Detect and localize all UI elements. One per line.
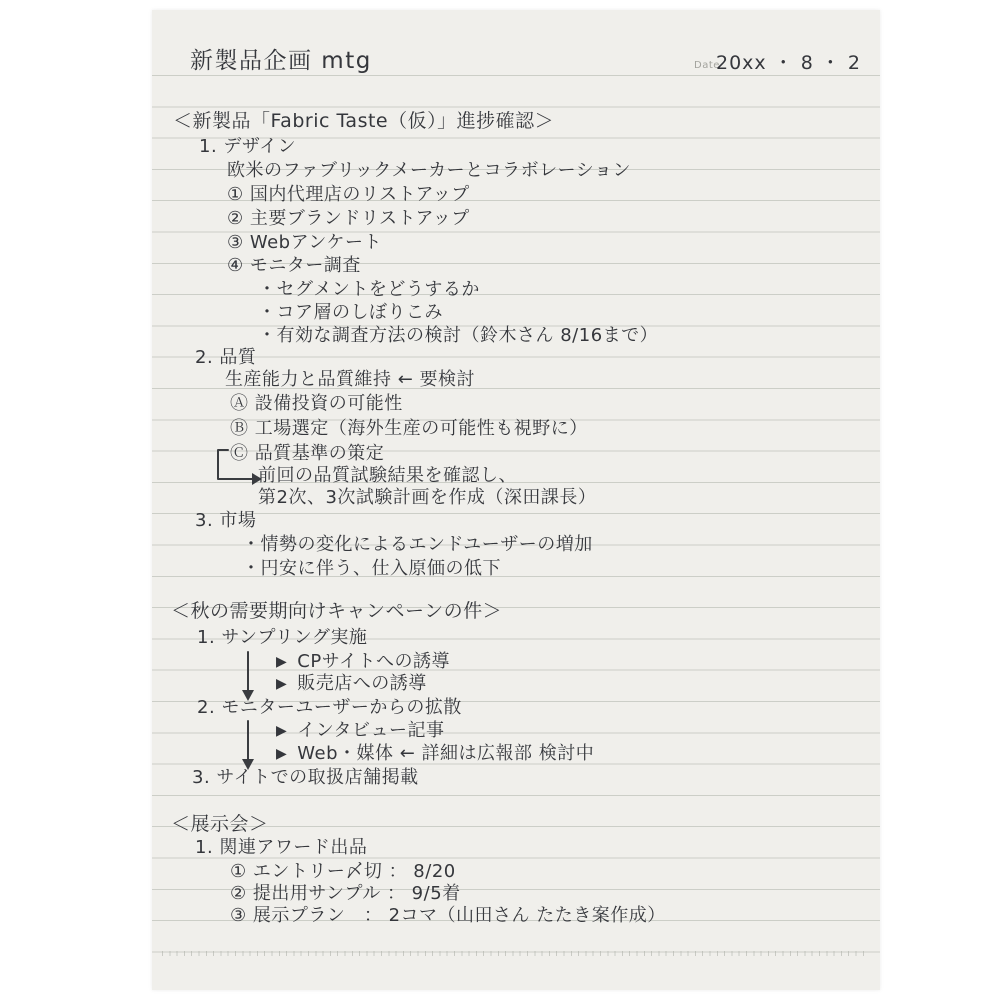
section-heading: ＜新製品「Fabric Taste（仮）」進捗確認＞ (173, 110, 554, 132)
branch-arrow-icon (212, 446, 258, 486)
triangle-bullet-icon: ▶ (276, 654, 287, 670)
note-line: 欧米のファブリックメーカーとコラボレーション (227, 160, 631, 182)
note-line: ・有効な調査方法の検討（鈴木さん 8/16まで） (258, 325, 658, 347)
note-line: 1. デザイン (199, 136, 296, 158)
down-arrow-icon (240, 719, 256, 771)
note-line: ▶CPサイトへの誘導 (276, 651, 450, 673)
note-line: 生産能力と品質維持 ← 要検討 (225, 369, 475, 391)
notebook-page-screenshot: { "colors": { "paper": "#f0efeb", "ink":… (0, 0, 1000, 1000)
section-heading: ＜展示会＞ (171, 813, 269, 835)
note-line: 2. 品質 (195, 347, 256, 369)
note-line: 第2次、3次試験計画を作成（深田課長） (258, 487, 596, 509)
note-line: ③ 展示プラン ： 2コマ（山田さん たたき案作成） (230, 905, 666, 927)
note-line: ▶販売店への誘導 (276, 673, 427, 695)
note-line: ① 国内代理店のリストアップ (227, 184, 470, 206)
note-line: 前回の品質試験結果を確認し、 (258, 465, 517, 487)
note-title: 新製品企画 mtg (190, 42, 372, 75)
note-line: ② 主要ブランドリストアップ (227, 208, 470, 230)
note-line-text: Web・媒体 ← 詳細は広報部 検討中 (297, 743, 594, 764)
note-line: ▶インタビュー記事 (276, 720, 445, 742)
section-heading: ＜秋の需要期向けキャンペーンの件＞ (171, 600, 502, 622)
note-line: ④ モニター調査 (227, 255, 361, 277)
note-line-text: インタビュー記事 (297, 720, 444, 741)
note-line-text: 販売店への誘導 (297, 673, 427, 694)
note-line: ② 提出用サンプル ： 9/5着 (230, 883, 461, 905)
note-line: 1. 関連アワード出品 (195, 837, 367, 859)
triangle-bullet-icon: ▶ (276, 723, 287, 739)
note-line: ・セグメントをどうするか (258, 279, 480, 301)
note-line: ・コア層のしぼりこみ (258, 302, 443, 324)
date-value: 20xx ・ 8 ・ 2 (716, 48, 861, 75)
note-line: 3. サイトでの取扱店舗掲載 (192, 767, 419, 789)
note-line: Ⓐ 設備投資の可能性 (230, 393, 403, 415)
note-line: ・情勢の変化によるエンドユーザーの増加 (242, 534, 593, 556)
note-line: ③ Webアンケート (227, 232, 382, 254)
note-line-text: CPサイトへの誘導 (297, 651, 450, 672)
note-line: 1. サンプリング実施 (197, 627, 367, 649)
note-line: 2. モニターユーザーからの拡散 (197, 697, 462, 719)
triangle-bullet-icon: ▶ (276, 746, 287, 762)
note-line: ▶Web・媒体 ← 詳細は広報部 検討中 (276, 743, 594, 765)
note-line: 3. 市場 (195, 510, 256, 532)
down-arrow-icon (240, 650, 256, 702)
bottom-ruler-ticks (162, 951, 870, 956)
note-line: ① エントリー〆切 ： 8/20 (230, 861, 456, 883)
note-line: Ⓑ 工場選定（海外生産の可能性も視野に） (230, 418, 588, 440)
note-line: ・円安に伴う、仕入原価の低下 (242, 558, 501, 580)
triangle-bullet-icon: ▶ (276, 676, 287, 692)
